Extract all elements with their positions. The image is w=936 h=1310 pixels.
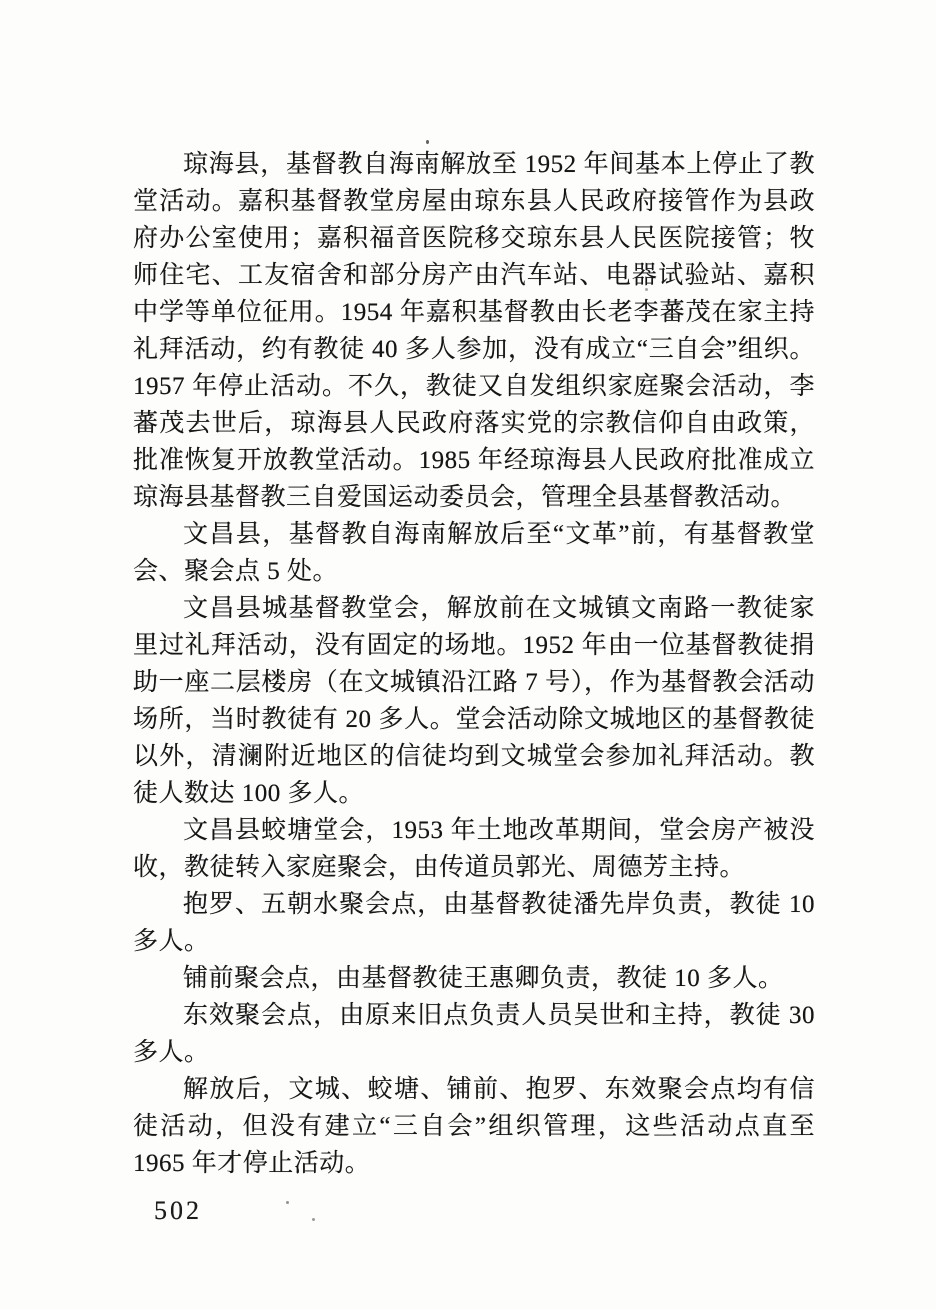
paragraph-puqian-point: 铺前聚会点，由基督教徒王惠卿负责，教徒 10 多人。 [133,960,815,997]
scan-speck [426,140,429,144]
paragraph-after-liberation: 解放后，文城、蛟塘、铺前、抱罗、东效聚会点均有信徒活动，但没有建立“三自会”组织… [133,1071,815,1182]
page-number: 502 [154,1196,202,1226]
scan-speck [645,288,648,291]
scan-speck [312,1218,315,1221]
book-page: 琼海县，基督教自海南解放至 1952 年间基本上停止了教堂活动。嘉积基督教堂房屋… [0,0,936,1310]
paragraph-qionghai-county: 琼海县，基督教自海南解放至 1952 年间基本上停止了教堂活动。嘉积基督教堂房屋… [133,146,815,516]
paragraph-dongxiao-point: 东效聚会点，由原来旧点负责人员吴世和主持，教徒 30 多人。 [133,997,815,1071]
paragraph-wenchang-county-intro: 文昌县，基督教自海南解放后至“文革”前，有基督教堂会、聚会点 5 处。 [133,516,815,590]
paragraph-wenchang-city-church: 文昌县城基督教堂会，解放前在文城镇文南路一教徒家里过礼拜活动，没有固定的场地。1… [133,590,815,812]
paragraph-baoluo-wuchaoshui-point: 抱罗、五朝水聚会点，由基督教徒潘先岸负责，教徒 10 多人。 [133,886,815,960]
text-block: 琼海县，基督教自海南解放至 1952 年间基本上停止了教堂活动。嘉积基督教堂房屋… [133,146,815,1182]
paragraph-jiaotang-church: 文昌县蛟塘堂会，1953 年土地改革期间，堂会房产被没收，教徒转入家庭聚会，由传… [133,812,815,886]
scan-speck [286,1201,289,1204]
